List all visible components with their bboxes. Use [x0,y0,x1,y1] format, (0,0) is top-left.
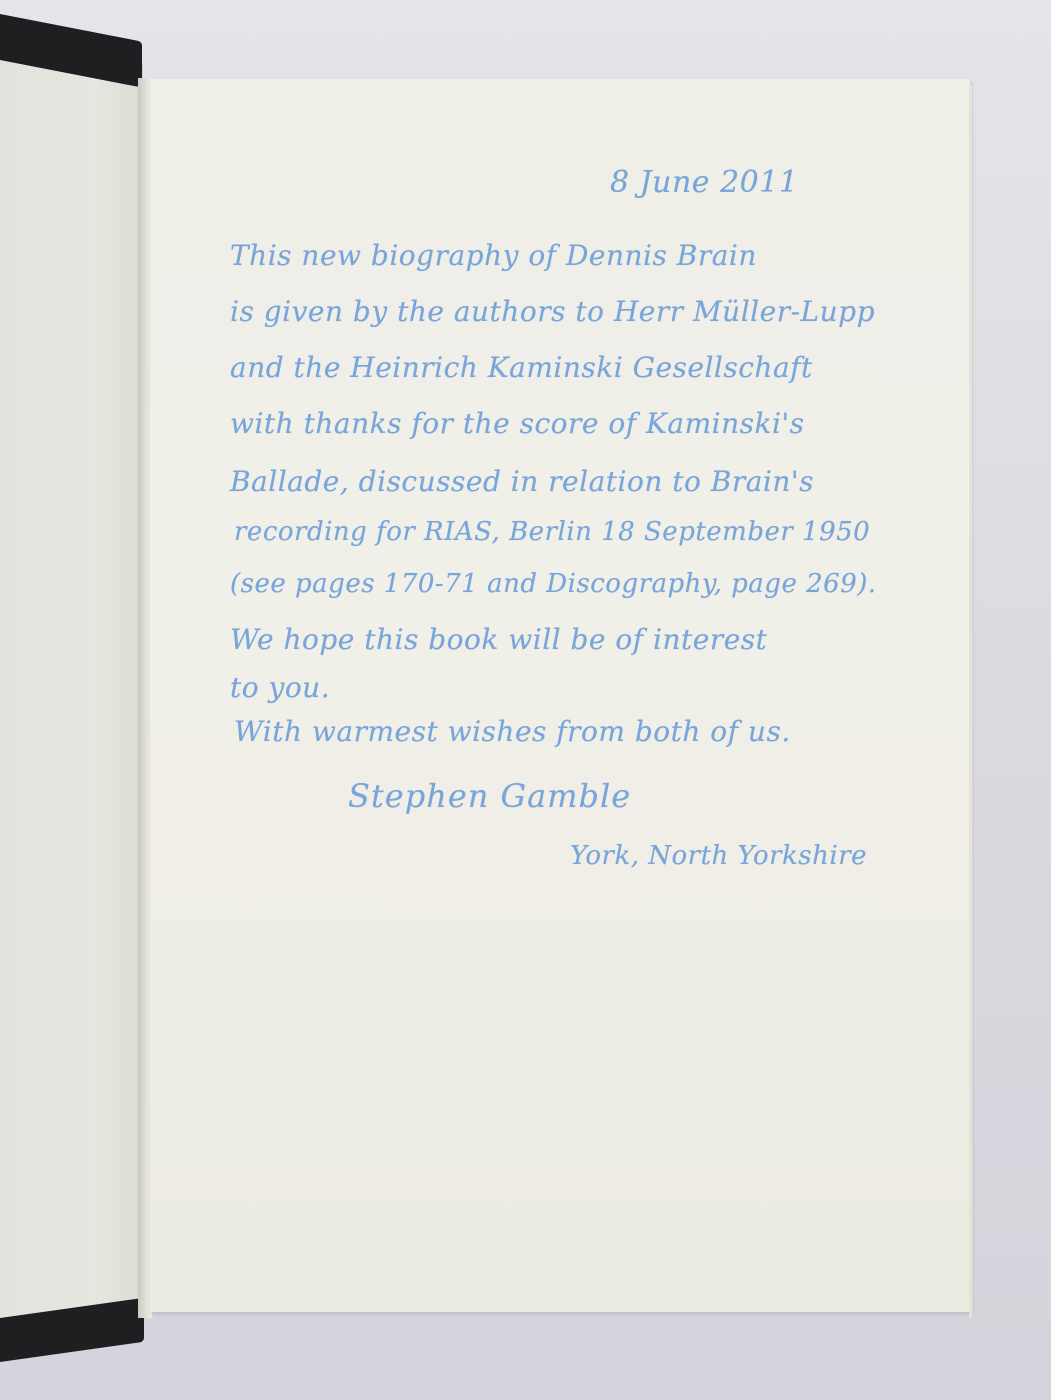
inscribed-page: 8 June 2011 This new biography of Dennis… [150,79,970,1312]
signature-place: York, North Yorkshire [570,841,867,871]
left-endpaper [0,32,143,1332]
inscription-line: This new biography of Dennis Brain [230,239,757,272]
inscription-line: (see pages 170-71 and Discography, page … [230,569,877,599]
signature: Stephen Gamble [348,777,631,815]
handwritten-inscription: 8 June 2011 This new biography of Dennis… [150,79,970,1312]
inscription-line: Ballade, discussed in relation to Brain'… [230,465,814,498]
inscription-line: and the Heinrich Kaminski Gesellschaft [230,351,813,384]
inscription-line: to you. [230,671,330,704]
inscription-line: With warmest wishes from both of us. [234,715,791,748]
inscription-line: is given by the authors to Herr Müller-L… [230,295,875,328]
inscription-line: with thanks for the score of Kaminski's [230,407,805,440]
inscription-date: 8 June 2011 [610,165,798,200]
inscription-line: We hope this book will be of interest [230,623,767,656]
inscription-line: recording for RIAS, Berlin 18 September … [234,517,870,547]
